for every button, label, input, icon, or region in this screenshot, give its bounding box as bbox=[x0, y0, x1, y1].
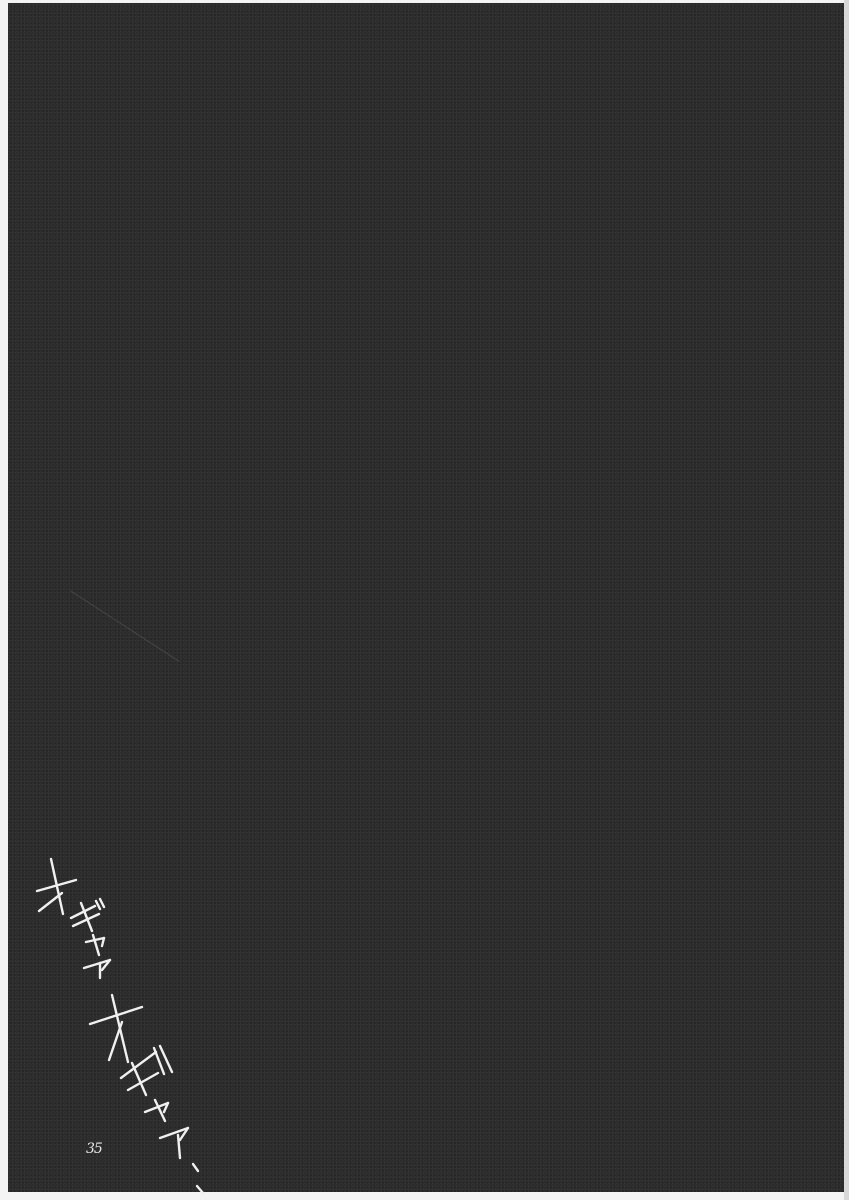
sound-effect-drawing bbox=[0, 0, 849, 1200]
sfx-line-2 bbox=[90, 995, 203, 1193]
sound-effect-text-1: オギャア bbox=[40, 860, 44, 861]
sfx-line-1 bbox=[37, 859, 110, 978]
sound-effect-text-2: オギャアー、、 bbox=[95, 1000, 102, 1001]
page-number: 35 bbox=[86, 1141, 102, 1157]
